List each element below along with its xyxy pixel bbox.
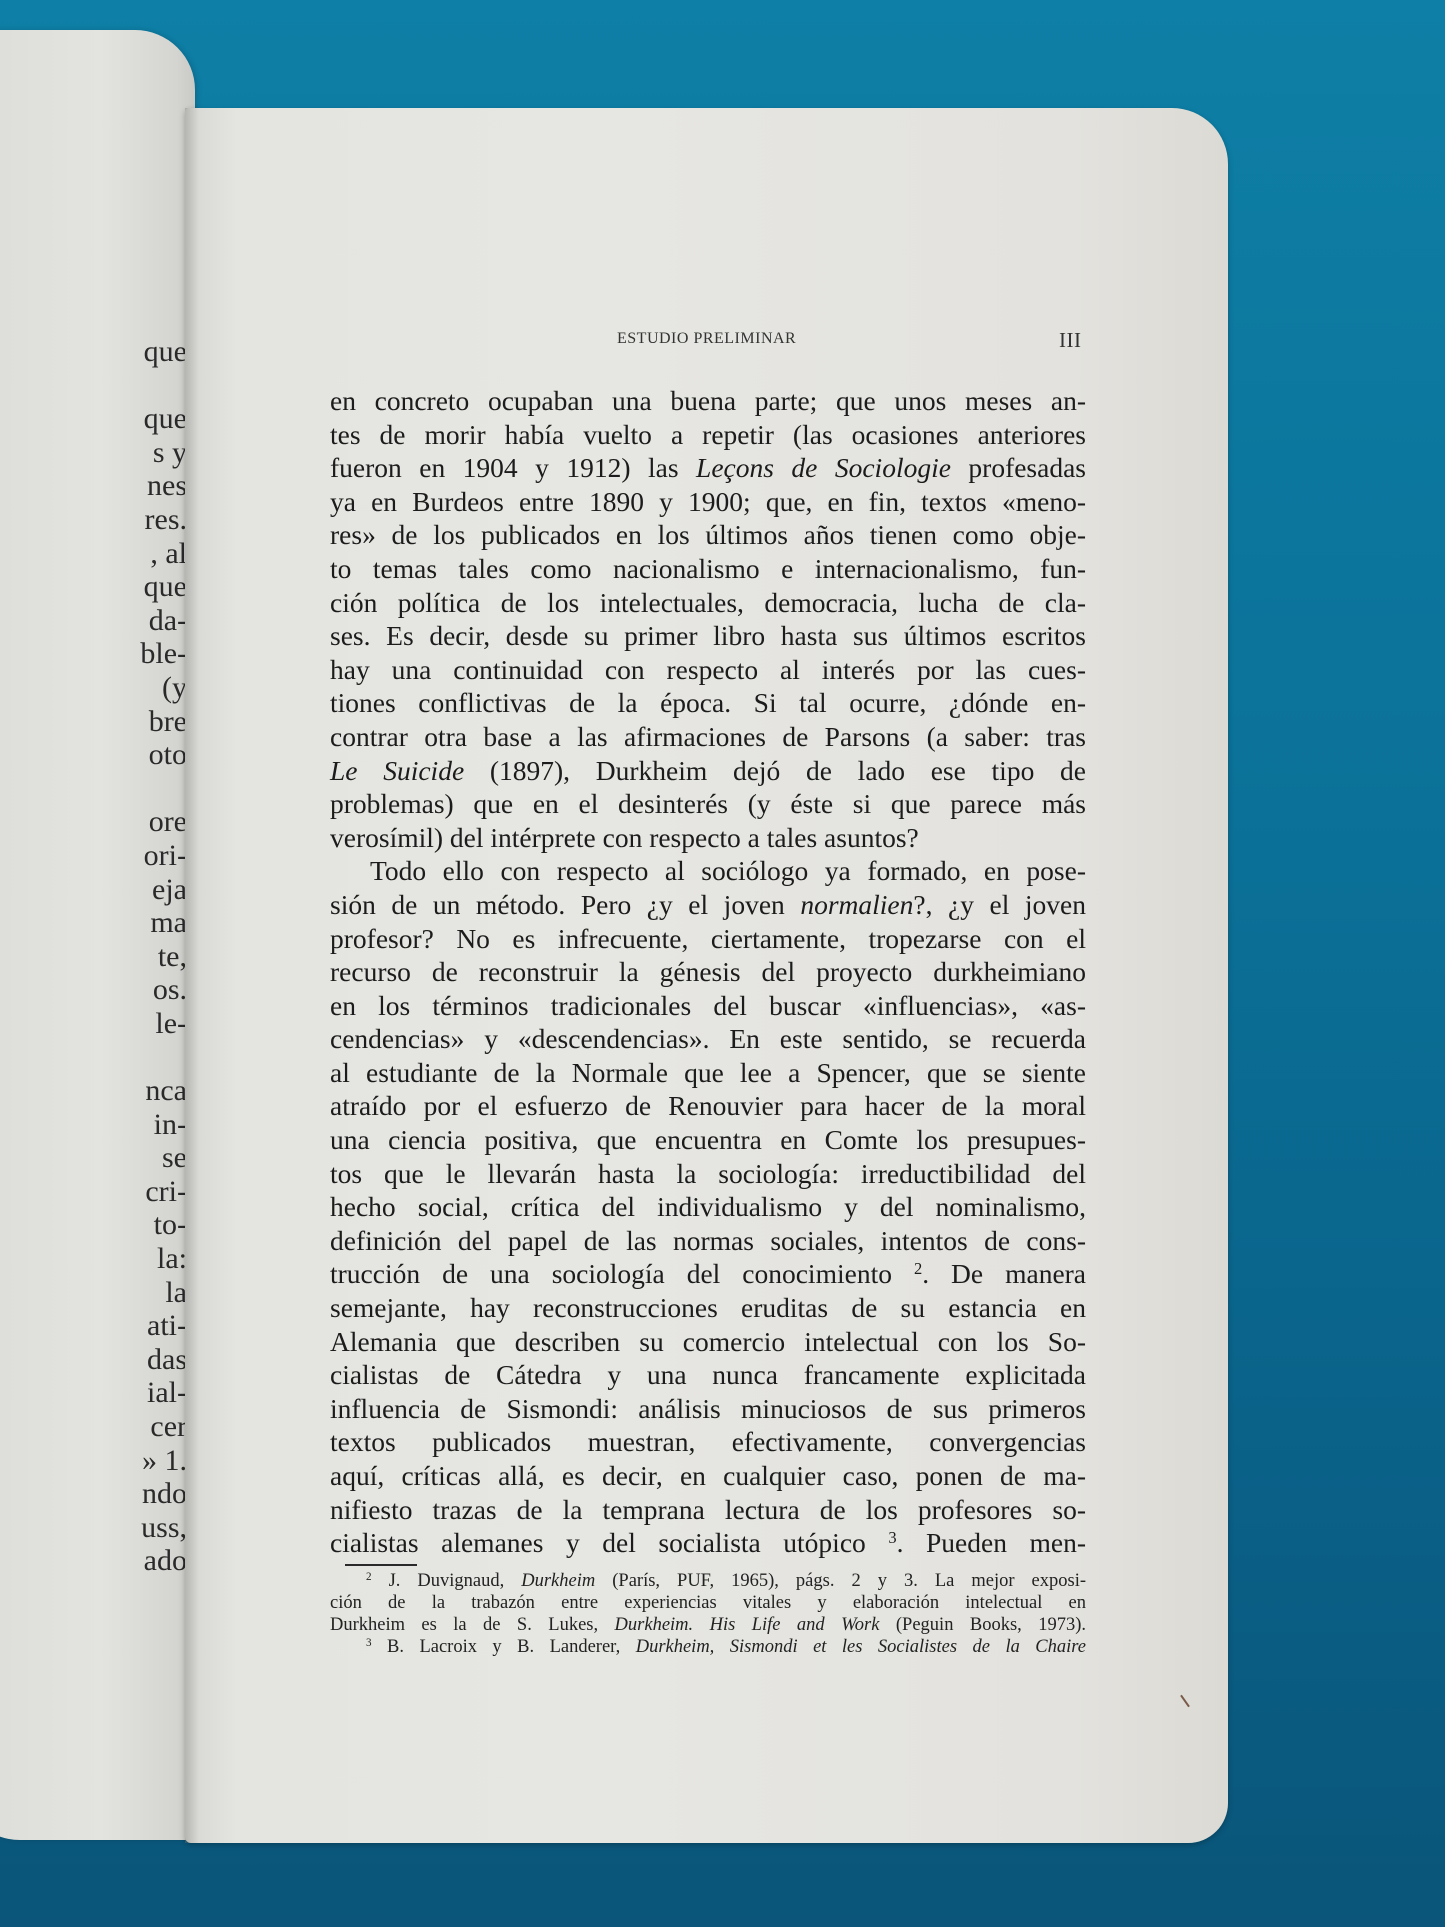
text-line: ción política de los intelectuales, demo… xyxy=(330,586,1086,620)
left-line-fragment: uss, xyxy=(0,1511,187,1545)
left-line-fragment: que xyxy=(0,402,187,436)
left-line-fragment: que xyxy=(0,570,187,604)
text-line: tos que le llevarán hasta la sociología:… xyxy=(330,1157,1086,1191)
left-line-fragment: te, xyxy=(0,940,187,974)
left-line-fragment: que xyxy=(0,335,187,369)
footnote-separator xyxy=(345,1564,417,1566)
left-line-fragment: to- xyxy=(0,1208,187,1242)
text-line: en los términos tradicionales del buscar… xyxy=(330,989,1086,1023)
left-line-fragment: » 1. xyxy=(0,1444,187,1478)
text-line: tes de morir había vuelto a repetir (las… xyxy=(330,418,1086,452)
footnote-2-line: 2 J. Duvignaud, Durkheim (París, PUF, 19… xyxy=(330,1570,1086,1592)
left-line-fragment: da- xyxy=(0,604,187,638)
text-line: en concreto ocupaban una buena parte; qu… xyxy=(330,384,1086,418)
left-line-fragment: ndo xyxy=(0,1477,187,1511)
text-line: profesor? No es infrecuente, ciertamente… xyxy=(330,922,1086,956)
text-line: contrar otra base a las afirmaciones de … xyxy=(330,720,1086,754)
text-line: cialistas de Cátedra y una nunca francam… xyxy=(330,1358,1086,1392)
text-line: tiones conflictivas de la época. Si tal … xyxy=(330,686,1086,720)
left-line-fragment: ble- xyxy=(0,637,187,671)
left-line-fragment: la: xyxy=(0,1242,187,1276)
right-page: ESTUDIO PRELIMINAR III en concreto ocupa… xyxy=(185,108,1228,1843)
footnote-number: 3 xyxy=(366,1637,372,1649)
page-number: III xyxy=(1059,328,1081,353)
running-head-title: ESTUDIO PRELIMINAR xyxy=(617,330,796,348)
italic-term: normalien xyxy=(800,889,913,920)
left-line-fragment: (y xyxy=(0,671,187,705)
left-line-fragment: oto xyxy=(0,738,187,772)
left-line-fragment: das xyxy=(0,1343,187,1377)
text-line: res» de los publicados en los últimos añ… xyxy=(330,518,1086,552)
text-line: ya en Burdeos entre 1890 y 1900; que, en… xyxy=(330,485,1086,519)
footnote-number: 2 xyxy=(366,1571,372,1583)
text-line: to temas tales como nacionalismo e inter… xyxy=(330,552,1086,586)
text-line: definición del papel de las normas socia… xyxy=(330,1224,1086,1258)
left-line-fragment xyxy=(0,1040,187,1074)
text-line: influencia de Sismondi: análisis minucio… xyxy=(330,1392,1086,1426)
text-line: fueron en 1904 y 1912) las Leçons de Soc… xyxy=(330,451,1086,485)
left-line-fragment: ori- xyxy=(0,839,187,873)
text-line: aquí, críticas allá, es decir, en cualqu… xyxy=(330,1459,1086,1493)
left-line-fragment: in- xyxy=(0,1108,187,1142)
text-line: textos publicados muestran, efectivament… xyxy=(330,1425,1086,1459)
footnote-2-line: ción de la trabazón entre experiencias v… xyxy=(330,1592,1086,1614)
text-line: nifiesto trazas de la temprana lectura d… xyxy=(330,1493,1086,1527)
text-line: una ciencia positiva, que encuentra en C… xyxy=(330,1123,1086,1157)
text-line: trucción de una sociología del conocimie… xyxy=(330,1257,1086,1291)
left-line-fragment: cer xyxy=(0,1410,187,1444)
left-line-fragment: nes xyxy=(0,469,187,503)
footnote-ref[interactable]: 2 xyxy=(914,1259,922,1278)
left-line-fragment: os. xyxy=(0,973,187,1007)
left-line-fragment: nca xyxy=(0,1074,187,1108)
text-line: sión de un método. Pero ¿y el joven norm… xyxy=(330,888,1086,922)
text-line: semejante, hay reconstrucciones eruditas… xyxy=(330,1291,1086,1325)
body-text: en concreto ocupaban una buena parte; qu… xyxy=(330,384,1086,1560)
text-line: problemas) que en el desinterés (y éste … xyxy=(330,787,1086,821)
text-line: recurso de reconstruir la génesis del pr… xyxy=(330,955,1086,989)
text-line: atraído por el esfuerzo de Renouvier par… xyxy=(330,1089,1086,1123)
footnote-3-line: 3 B. Lacroix y B. Landerer, Durkheim, Si… xyxy=(330,1636,1086,1658)
text-line: Alemania que describen su comercio intel… xyxy=(330,1325,1086,1359)
footnote-ref[interactable]: 3 xyxy=(888,1528,896,1547)
text-line: cendencias» y «descendencias». En este s… xyxy=(330,1022,1086,1056)
left-line-fragment xyxy=(0,369,187,403)
text-line: al estudiante de la Normale que lee a Sp… xyxy=(330,1056,1086,1090)
left-line-fragment: se xyxy=(0,1141,187,1175)
text-line: verosímil) del intérprete con respecto a… xyxy=(330,821,1086,855)
left-line-fragment: ial- xyxy=(0,1376,187,1410)
text-line: ses. Es decir, desde su primer libro has… xyxy=(330,619,1086,653)
left-line-fragment: s y xyxy=(0,436,187,470)
text-line: hay una continuidad con respecto al inte… xyxy=(330,653,1086,687)
text-line: cialistas alemanes y del socialista utóp… xyxy=(330,1526,1086,1560)
italic-title: Le Suicide xyxy=(330,755,464,786)
footnotes: 2 J. Duvignaud, Durkheim (París, PUF, 19… xyxy=(330,1570,1086,1658)
left-line-fragment: res. xyxy=(0,503,187,537)
left-page-text-fragments: que ques ynesres., alqueda-ble-(ybreoto … xyxy=(0,335,187,1578)
left-line-fragment: cri- xyxy=(0,1175,187,1209)
left-line-fragment: , al xyxy=(0,537,187,571)
left-line-fragment: bre xyxy=(0,705,187,739)
italic-title: Leçons de Sociologie xyxy=(696,452,951,483)
text-line: hecho social, crítica del individualismo… xyxy=(330,1190,1086,1224)
left-line-fragment: le- xyxy=(0,1007,187,1041)
paragraph-start-line: Todo ello con respecto al sociólogo ya f… xyxy=(330,854,1086,888)
left-line-fragment: eja xyxy=(0,873,187,907)
left-line-fragment: ado xyxy=(0,1544,187,1578)
left-line-fragment: ati- xyxy=(0,1309,187,1343)
left-line-fragment xyxy=(0,772,187,806)
left-line-fragment: la xyxy=(0,1276,187,1310)
left-line-fragment: ore xyxy=(0,805,187,839)
footnote-2-line: Durkheim es la de S. Lukes, Durkheim. Hi… xyxy=(330,1614,1086,1636)
text-line: Le Suicide (1897), Durkheim dejó de lado… xyxy=(330,754,1086,788)
left-line-fragment: ma xyxy=(0,906,187,940)
